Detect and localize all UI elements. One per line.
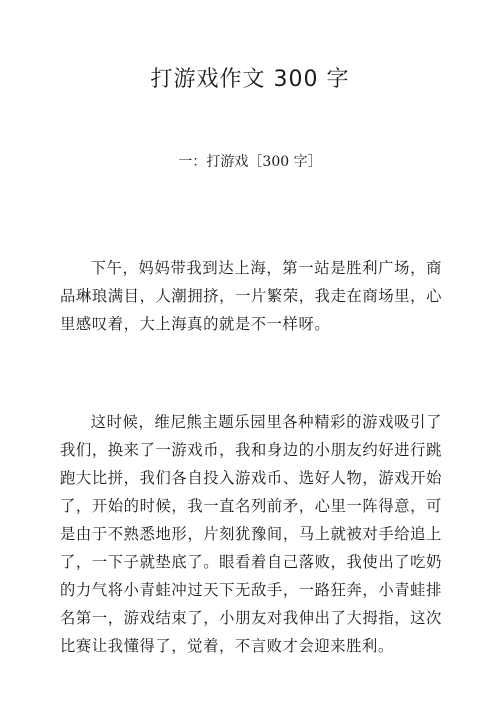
paragraph-1: 下午，妈妈带我到达上海，第一站是胜利广场，商品琳琅满目，人潮拥挤，一片繁荣，我走…	[60, 254, 442, 338]
section-heading: 一：打游戏［300 字］	[0, 151, 500, 171]
document-title: 打游戏作文 300 字	[0, 62, 500, 93]
paragraph-2: 这时候，维尼熊主题乐园里各种精彩的游戏吸引了我们，换来了一游戏币，我和身边的小朋…	[60, 408, 442, 660]
